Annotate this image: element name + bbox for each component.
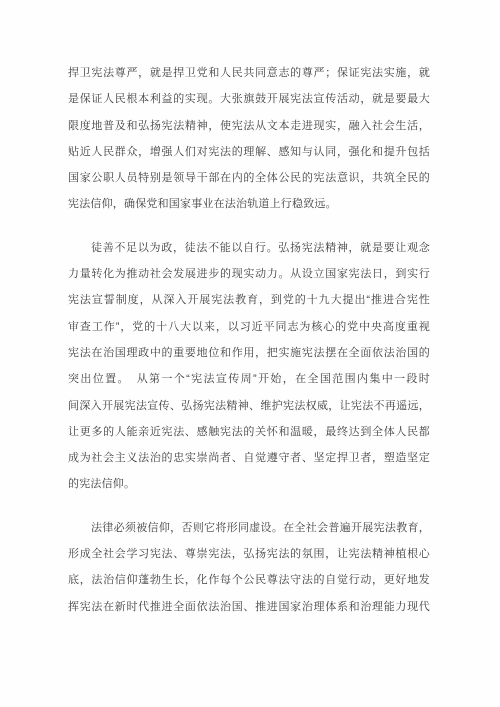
text-line: 力量转化为推动社会发展进步的现实动力。从设立国家宪法日，到实行 <box>68 261 430 287</box>
text-line: 挥宪法在新时代推进全面依法治国、推进国家治理体系和治理能力现代 <box>68 594 430 620</box>
document-page: 捍卫宪法尊严，就是捍卫党和人民共同意志的尊严；保证宪法实施，就 是保证人民根本利… <box>0 0 500 707</box>
paragraph-2: 徒善不足以为政，徒法不能以自行。弘扬宪法精神，就是要让观念 力量转化为推动社会发… <box>68 235 430 498</box>
text-line: 徒善不足以为政，徒法不能以自行。弘扬宪法精神，就是要让观念 <box>68 235 430 261</box>
document-text-block: 捍卫宪法尊严，就是捍卫党和人民共同意志的尊严；保证宪法实施，就 是保证人民根本利… <box>68 60 430 620</box>
text-line: 让更多的人能亲近宪法、感触宪法的关怀和温暖，最终达到全体人民都 <box>68 419 430 445</box>
text-line: 审查工作”，党的十八大以来，以习近平同志为核心的党中央高度重视 <box>68 314 430 340</box>
text-line: 成为社会主义法治的忠实崇尚者、自觉遵守者、坚定捍卫者，塑造坚定 <box>68 445 430 471</box>
text-line: 国家公职人员特别是领导干部在内的全体公民的宪法意识，共筑全民的 <box>68 165 430 191</box>
text-line: 底，法治信仰蓬勃生长，化作每个公民尊法守法的自觉行动，更好地发 <box>68 567 430 593</box>
paragraph-1: 捍卫宪法尊严，就是捍卫党和人民共同意志的尊严；保证宪法实施，就 是保证人民根本利… <box>68 60 430 218</box>
text-line: 宪法信仰，确保党和国家事业在法治轨道上行稳致远。 <box>68 191 430 217</box>
text-line: 突出位置。 从第一个“宪法宣传周”开始，在全国范围内集中一段时 <box>68 366 430 392</box>
text-line: 宪法在治国理政中的重要地位和作用，把实施宪法摆在全面依法治国的 <box>68 340 430 366</box>
text-line: 形成全社会学习宪法、尊崇宪法，弘扬宪法的氛围，让宪法精神植根心 <box>68 541 430 567</box>
text-line: 间深入开展宪法宣传、弘扬宪法精神、维护宪法权威，让宪法不再遥远， <box>68 393 430 419</box>
text-line: 是保证人民根本利益的实现。大张旗鼓开展宪法宣传活动，就是要最大 <box>68 86 430 112</box>
text-line: 法律必须被信仰，否则它将形同虚设。在全社会普遍开展宪法教育， <box>68 515 430 541</box>
text-line: 的宪法信仰。 <box>68 471 430 497</box>
text-line: 捍卫宪法尊严，就是捍卫党和人民共同意志的尊严；保证宪法实施，就 <box>68 60 430 86</box>
paragraph-3: 法律必须被信仰，否则它将形同虚设。在全社会普遍开展宪法教育， 形成全社会学习宪法… <box>68 515 430 620</box>
text-line: 限度地普及和弘扬宪法精神，使宪法从文本走进现实，融入社会生活， <box>68 113 430 139</box>
text-line: 贴近人民群众，增强人们对宪法的理解、感知与认同，强化和提升包括 <box>68 139 430 165</box>
text-line: 宪法宣誓制度，从深入开展宪法教育，到党的十九大提出“推进合宪性 <box>68 287 430 313</box>
